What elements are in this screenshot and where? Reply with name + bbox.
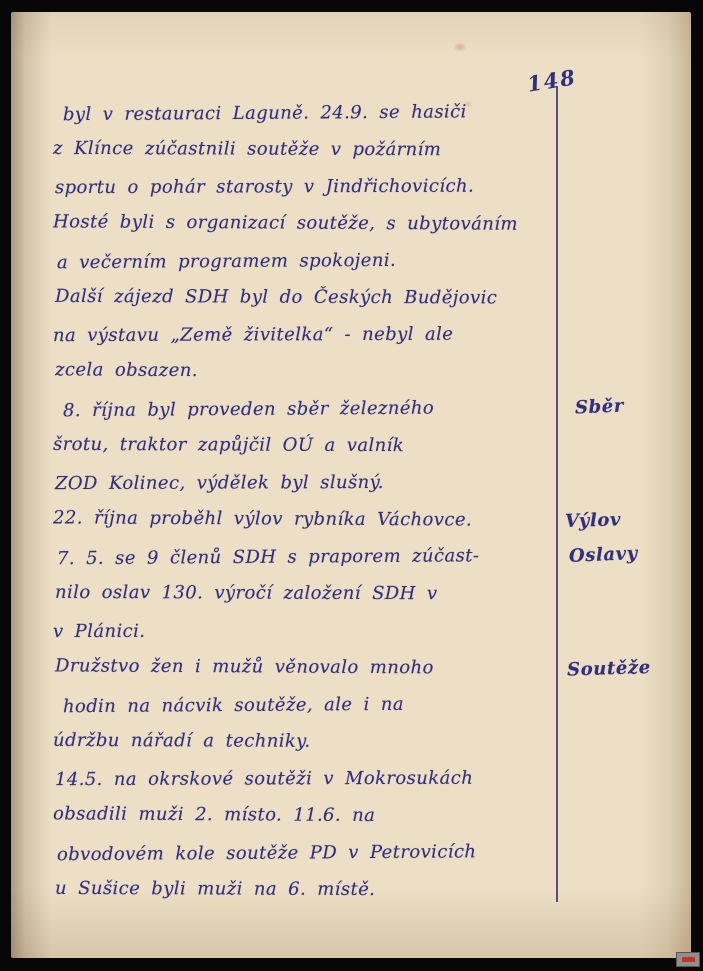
handwriting-line: nilo oslav 130. výročí založení SDH v	[55, 582, 693, 621]
handwriting-line-text: sportu o pohár starosty v Jindřichovicíc…	[55, 176, 474, 198]
photo-frame: 148 byl v restauraci Laguně. 24.9. se ha…	[0, 0, 703, 971]
handwriting-line-text: 7. 5. se 9 členů SDH s praporem zúčast-	[57, 545, 480, 569]
handwriting-line: byl v restauraci Laguně. 24.9. se hasiči	[63, 100, 693, 141]
notebook-page: 148 byl v restauraci Laguně. 24.9. se ha…	[11, 12, 691, 958]
handwriting-line-text: Družstvo žen i mužů věnovalo mnoho	[55, 655, 434, 678]
handwriting-line: sportu o pohár starosty v Jindřichovicíc…	[55, 175, 693, 214]
handwriting-line: 22. října proběhl výlov rybníka Váchovce…	[53, 507, 693, 547]
margin-note: Oslavy	[569, 543, 639, 567]
handwriting-text-block: byl v restauraci Laguně. 24.9. se hasiči…	[53, 102, 693, 916]
handwriting-line: zcela obsazen.	[55, 359, 693, 399]
corner-red-artifact	[676, 952, 700, 967]
handwriting-line-text: v Plánici.	[53, 621, 145, 642]
handwriting-line-text: obsadili muži 2. místo. 11.6. na	[53, 803, 375, 826]
handwriting-line: údržbu nářadí a techniky.	[53, 730, 693, 769]
handwriting-line-text: hodin na nácvik soutěže, ale i na	[63, 694, 404, 717]
margin-note: Sběr	[575, 395, 625, 418]
handwriting-line: obvodovém kole soutěže PD v Petrovicích	[57, 840, 693, 881]
red-bar-icon	[682, 957, 695, 962]
handwriting-line: šrotu, traktor zapůjčil OÚ a valník	[53, 434, 693, 473]
handwriting-line-text: z Klínce zúčastnili soutěže v požárním	[53, 138, 441, 160]
handwriting-line: obsadili muži 2. místo. 11.6. na	[53, 803, 693, 843]
handwriting-line-text: obvodovém kole soutěže PD v Petrovicích	[57, 841, 477, 865]
page-number: 148	[525, 64, 578, 96]
handwriting-line: na výstavu „Země živitelka“ - nebyl ale	[53, 323, 693, 362]
handwriting-line: Hosté byli s organizací soutěže, s ubyto…	[53, 211, 693, 251]
handwriting-line-text: a večerním programem spokojeni.	[57, 250, 396, 273]
handwriting-line: hodin na nácvik soutěže, ale i na	[63, 692, 693, 733]
handwriting-line-text: na výstavu „Země živitelka“ - nebyl ale	[53, 324, 453, 346]
handwriting-line: Družstvo žen i mužů věnovalo mnoho Soutě…	[55, 655, 693, 695]
handwriting-line-text: údržbu nářadí a techniky.	[53, 730, 311, 752]
handwriting-line: a večerním programem spokojeni.	[57, 248, 693, 289]
handwriting-line: 7. 5. se 9 členů SDH s praporem zúčast- …	[57, 544, 693, 585]
handwriting-line-text: nilo oslav 130. výročí založení SDH v	[55, 582, 438, 604]
handwriting-line-text: 22. října proběhl výlov rybníka Váchovce…	[53, 507, 472, 530]
margin-note: Soutěže	[567, 657, 651, 680]
handwriting-line-text: šrotu, traktor zapůjčil OÚ a valník	[53, 434, 404, 456]
margin-note: Výlov	[565, 509, 622, 532]
handwriting-line-text: ZOD Kolinec, výdělek byl slušný.	[55, 472, 384, 494]
handwriting-line: 8. října byl proveden sběr železného Sbě…	[63, 396, 693, 437]
paper-smudge	[453, 42, 467, 52]
handwriting-line: 14.5. na okrskové soutěži v Mokrosukách	[55, 767, 693, 806]
handwriting-line-text: Další zájezd SDH byl do Českých Budějovi…	[55, 286, 497, 309]
handwriting-line-text: zcela obsazen.	[55, 359, 198, 381]
handwriting-line-text: 8. října byl proveden sběr železného	[63, 398, 434, 422]
handwriting-line: z Klínce zúčastnili soutěže v požárním	[53, 138, 693, 177]
handwriting-line-text: Hosté byli s organizací soutěže, s ubyto…	[53, 211, 518, 234]
handwriting-line: v Plánici.	[53, 619, 693, 658]
handwriting-line-text: u Sušice byli muži na 6. místě.	[55, 878, 375, 900]
handwriting-line: ZOD Kolinec, výdělek byl slušný.	[55, 471, 693, 510]
handwriting-line-text: 14.5. na okrskové soutěži v Mokrosukách	[55, 768, 473, 790]
handwriting-line: u Sušice byli muži na 6. místě.	[55, 878, 693, 917]
handwriting-line: Další zájezd SDH byl do Českých Budějovi…	[55, 286, 693, 325]
handwriting-line-text: byl v restauraci Laguně. 24.9. se hasiči	[63, 101, 467, 125]
